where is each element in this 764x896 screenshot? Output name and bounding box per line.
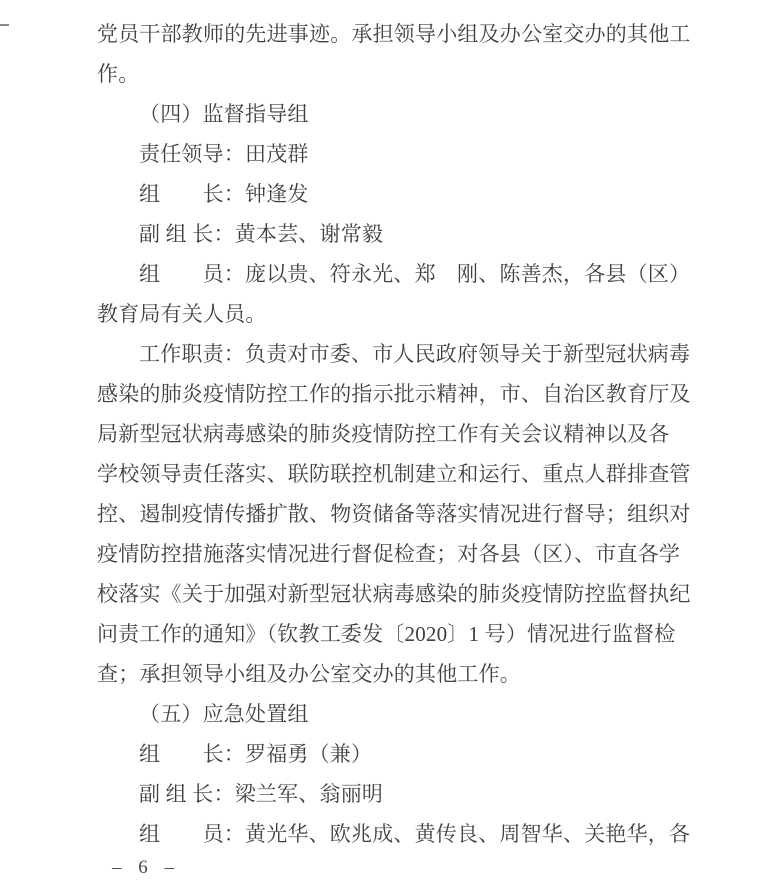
text-line: 作。 xyxy=(97,54,697,94)
text-line: 组 员：庞以贵、符永光、郑 刚、陈善杰，各县（区） xyxy=(97,254,697,294)
text-line: 教育局有关人员。 xyxy=(97,294,697,334)
text-line: 组 长：罗福勇（兼） xyxy=(97,734,697,774)
text-line: 副 组 长：黄本芸、谢常毅 xyxy=(97,214,697,254)
text-line: 责任领导：田茂群 xyxy=(97,134,697,174)
text-line: 局新型冠状病毒感染的肺炎疫情防控工作有关会议精神以及各 xyxy=(97,414,697,454)
page-number: – 6 – xyxy=(112,855,180,881)
scan-artifact-mark xyxy=(0,24,9,26)
text-line: （五）应急处置组 xyxy=(97,694,697,734)
text-line: 学校领导责任落实、联防联控机制建立和运行、重点人群排查管 xyxy=(97,454,697,494)
text-line: 查；承担领导小组及办公室交办的其他工作。 xyxy=(97,654,697,694)
text-line: 组 员：黄光华、欧兆成、黄传良、周智华、关艳华，各 xyxy=(97,814,697,854)
text-line: 疫情防控措施落实情况进行督促检查；对各县（区）、市直各学 xyxy=(97,534,697,574)
text-line: 组 长：钟逢发 xyxy=(97,174,697,214)
text-line: 副 组 长：梁兰军、翁丽明 xyxy=(97,774,697,814)
document-body: 党员干部教师的先进事迹。承担领导小组及办公室交办的其他工作。（四）监督指导组责任… xyxy=(97,14,697,854)
document-page: 党员干部教师的先进事迹。承担领导小组及办公室交办的其他工作。（四）监督指导组责任… xyxy=(0,0,764,896)
text-line: 工作职责：负责对市委、市人民政府领导关于新型冠状病毒 xyxy=(97,334,697,374)
text-line: 感染的肺炎疫情防控工作的指示批示精神，市、自治区教育厅及 xyxy=(97,374,697,414)
text-line: 党员干部教师的先进事迹。承担领导小组及办公室交办的其他工 xyxy=(97,14,697,54)
text-line: 校落实《关于加强对新型冠状病毒感染的肺炎疫情防控监督执纪 xyxy=(97,574,697,614)
text-line: （四）监督指导组 xyxy=(97,94,697,134)
text-line: 问责工作的通知》（钦教工委发〔2020〕1 号）情况进行监督检 xyxy=(97,614,697,654)
text-line: 控、遏制疫情传播扩散、物资储备等落实情况进行督导；组织对 xyxy=(97,494,697,534)
